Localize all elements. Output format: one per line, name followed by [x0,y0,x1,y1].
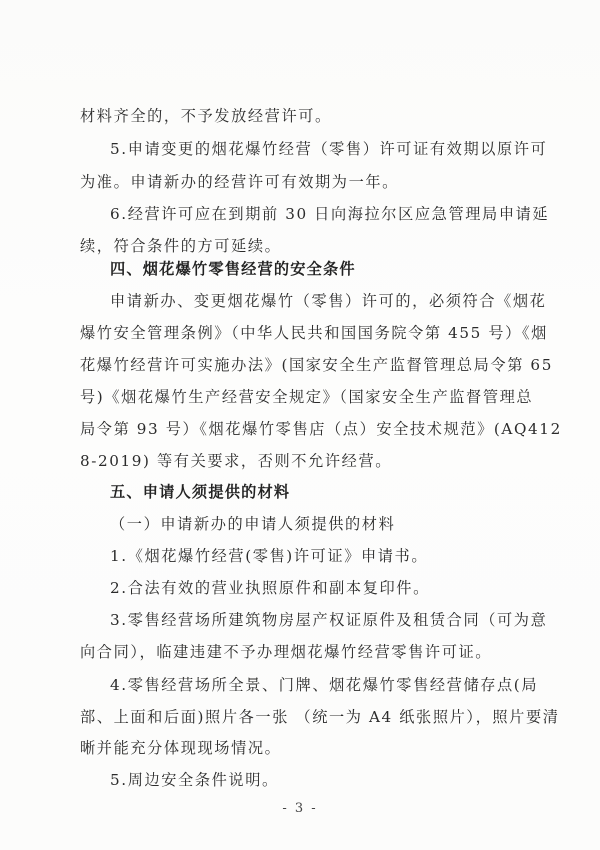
text-line: 6.经营许可应在到期前 30 日向海拉尔区应急管理局申请延 [110,203,526,225]
text-line: 晰并能充分体现现场情况。 [80,737,526,759]
text-line: 材料齐全的，不予发放经营许可。 [80,105,526,127]
text-line: 局令第 93 号）《烟花爆竹零售店（点）安全技术规范》(AQ412 [80,418,526,440]
text-line: 8-2019) 等有关要求，否则不允许经营。 [80,450,526,472]
text-line: 5.周边安全条件说明。 [110,769,526,791]
text-line: 爆竹安全管理条例》（中华人民共和国国务院令第 455 号）《烟 [80,322,526,344]
text-line: 部、上面和后面)照片各一张 （统一为 A4 纸张照片），照片要清 [80,706,526,728]
text-line: 为准。申请新办的经营许可有效期为一年。 [80,171,526,193]
text-line: 5.申请变更的烟花爆竹经营（零售）许可证有效期以原许可 [110,138,526,160]
text-line: 续，符合条件的方可延续。 [80,235,526,257]
text-line: 3.零售经营场所建筑物房屋产权证原件及租赁合同（可为意 [110,609,526,631]
text-line: 4.零售经营场所全景、门牌、烟花爆竹零售经营储存点(局 [110,674,526,696]
text-line: 向合同），临建违建不予办理烟花爆竹经营零售许可证。 [80,641,526,663]
section-heading: 五、申请人须提供的材料 [110,481,526,503]
page-number: - 3 - [0,801,600,816]
text-line: 号)《烟花爆竹生产经营安全规定》（国家安全生产监督管理总 [80,386,526,408]
text-line: 申请新办、变更烟花爆竹（零售）许可的，必须符合《烟花 [110,290,526,312]
text-line: 1.《烟花爆竹经营(零售)许可证》申请书。 [110,545,526,567]
text-line: （一）申请新办的申请人须提供的材料 [110,513,526,535]
text-line: 花爆竹经营许可实施办法》(国家安全生产监督管理总局令第 65 [80,354,526,376]
document-page: 材料齐全的，不予发放经营许可。5.申请变更的烟花爆竹经营（零售）许可证有效期以原… [0,0,600,850]
text-line: 2.合法有效的营业执照原件和副本复印件。 [110,577,526,599]
section-heading: 四、烟花爆竹零售经营的安全条件 [110,258,526,280]
